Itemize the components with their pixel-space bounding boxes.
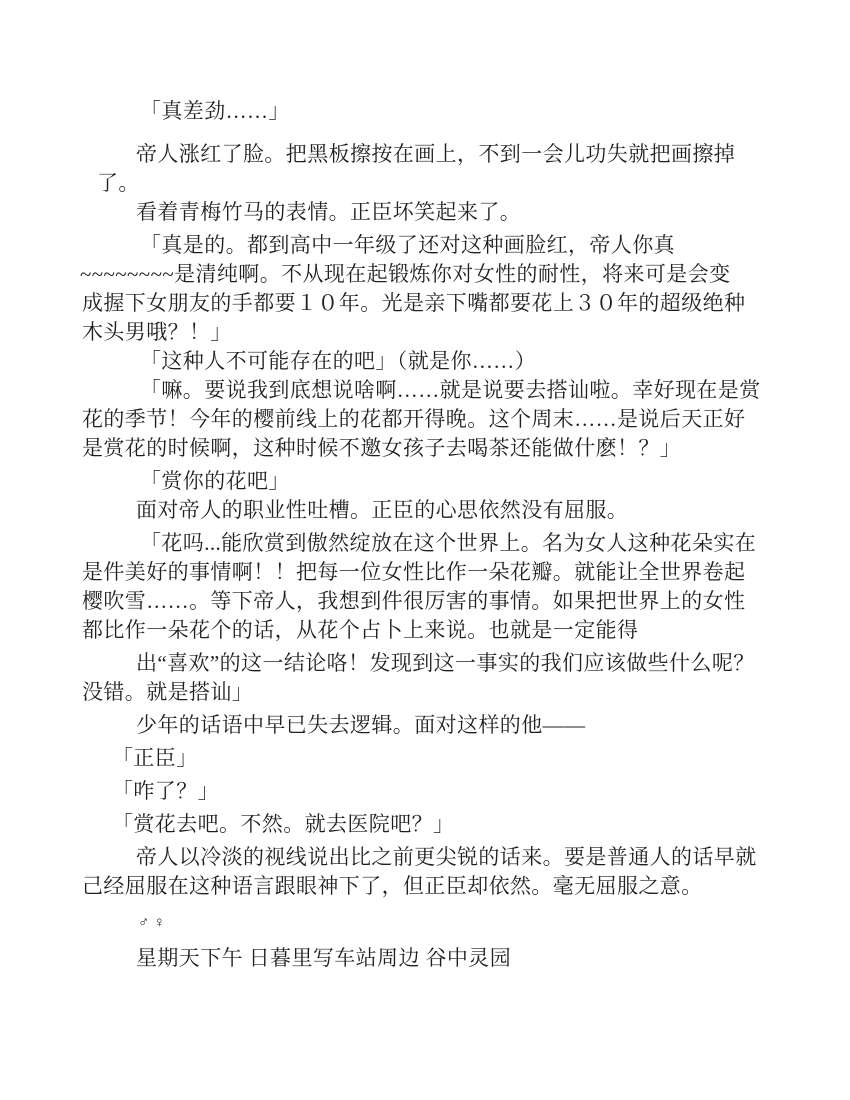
- text-line: 木头男哦？！」: [82, 318, 232, 347]
- text-line: 都比作一朵花个的话，从花个占卜上来说。也就是一定能得: [82, 616, 638, 645]
- text-line: 「真差劲……」: [140, 97, 290, 126]
- text-line: 己经屈服在这种语言跟眼神下了，但正臣却依然。毫无屈服之意。: [82, 872, 703, 901]
- text-line: 面对帝人的职业性吐槽。正臣的心思依然没有屈服。: [136, 496, 628, 525]
- text-line: 「花吗...能欣赏到傲然绽放在这个世界上。名为女人这种花朵实在: [140, 529, 756, 558]
- text-line: 花的季节！今年的樱前线上的花都开得晚。这个周末……是说后天正好: [82, 405, 745, 434]
- text-line: 少年的话语中早已失去逻辑。面对这样的他——: [136, 711, 585, 740]
- text-line: 帝人涨红了脸。把黑板擦按在画上，不到一会儿功失就把画擦掉: [136, 140, 735, 169]
- text-line: 「嘛。要说我到底想说啥啊……就是说要去搭讪啦。幸好现在是赏: [140, 376, 761, 405]
- text-line: 看着青梅竹马的表情。正臣坏笑起来了。: [136, 198, 521, 227]
- text-line: 「赏花去吧。不然。就去医院吧？」: [112, 810, 454, 839]
- text-line: 出“喜欢”的这一结论咯！发现到这一事实的我们应该做些什么呢？: [136, 649, 755, 678]
- text-line: 是赏花的时候啊，这种时候不邀女孩子去喝茶还能做什麽！？」: [82, 434, 681, 463]
- document-page: 「真差劲……」帝人涨红了脸。把黑板擦按在画上，不到一会儿功失就把画擦掉了。看着青…: [0, 0, 850, 1100]
- gender-symbols-line: ♂ ♀: [138, 913, 165, 933]
- text-line: 是件美好的事情啊！！把每一位女性比作一朵花瓣。就能让全世界卷起: [82, 558, 745, 587]
- text-line: 「正臣」: [112, 744, 198, 773]
- text-layer: 「真差劲……」帝人涨红了脸。把黑板擦按在画上，不到一会儿功失就把画擦掉了。看着青…: [0, 0, 850, 1100]
- text-line: 成握下女朋友的手都要１０年。光是亲下嘴都要花上３０年的超级绝种: [82, 289, 745, 318]
- text-line: 樱吹雪……。等下帝人，我想到件很厉害的事情。如果把世界上的女性: [82, 587, 745, 616]
- text-line: 了。: [97, 169, 140, 198]
- text-line: 「咋了？」: [112, 777, 219, 806]
- text-line: ~~~~~~~~是清纯啊。不从现在起锻炼你对女性的耐性，将来可是会变: [80, 260, 731, 289]
- text-line: 帝人以冷淡的视线说出比之前更尖锐的话来。要是普通人的话早就: [136, 843, 757, 872]
- text-line: 「赏你的花吧」: [140, 467, 290, 496]
- text-line: 没错。就是搭讪」: [82, 678, 253, 707]
- text-line: 星期天下午 日暮里写车站周边 谷中灵园: [136, 944, 511, 973]
- text-line: 「真是的。都到高中一年级了还对这种画脸红，帝人你真: [140, 231, 675, 260]
- text-line: 「这种人不可能存在的吧」（就是你……）: [140, 347, 536, 376]
